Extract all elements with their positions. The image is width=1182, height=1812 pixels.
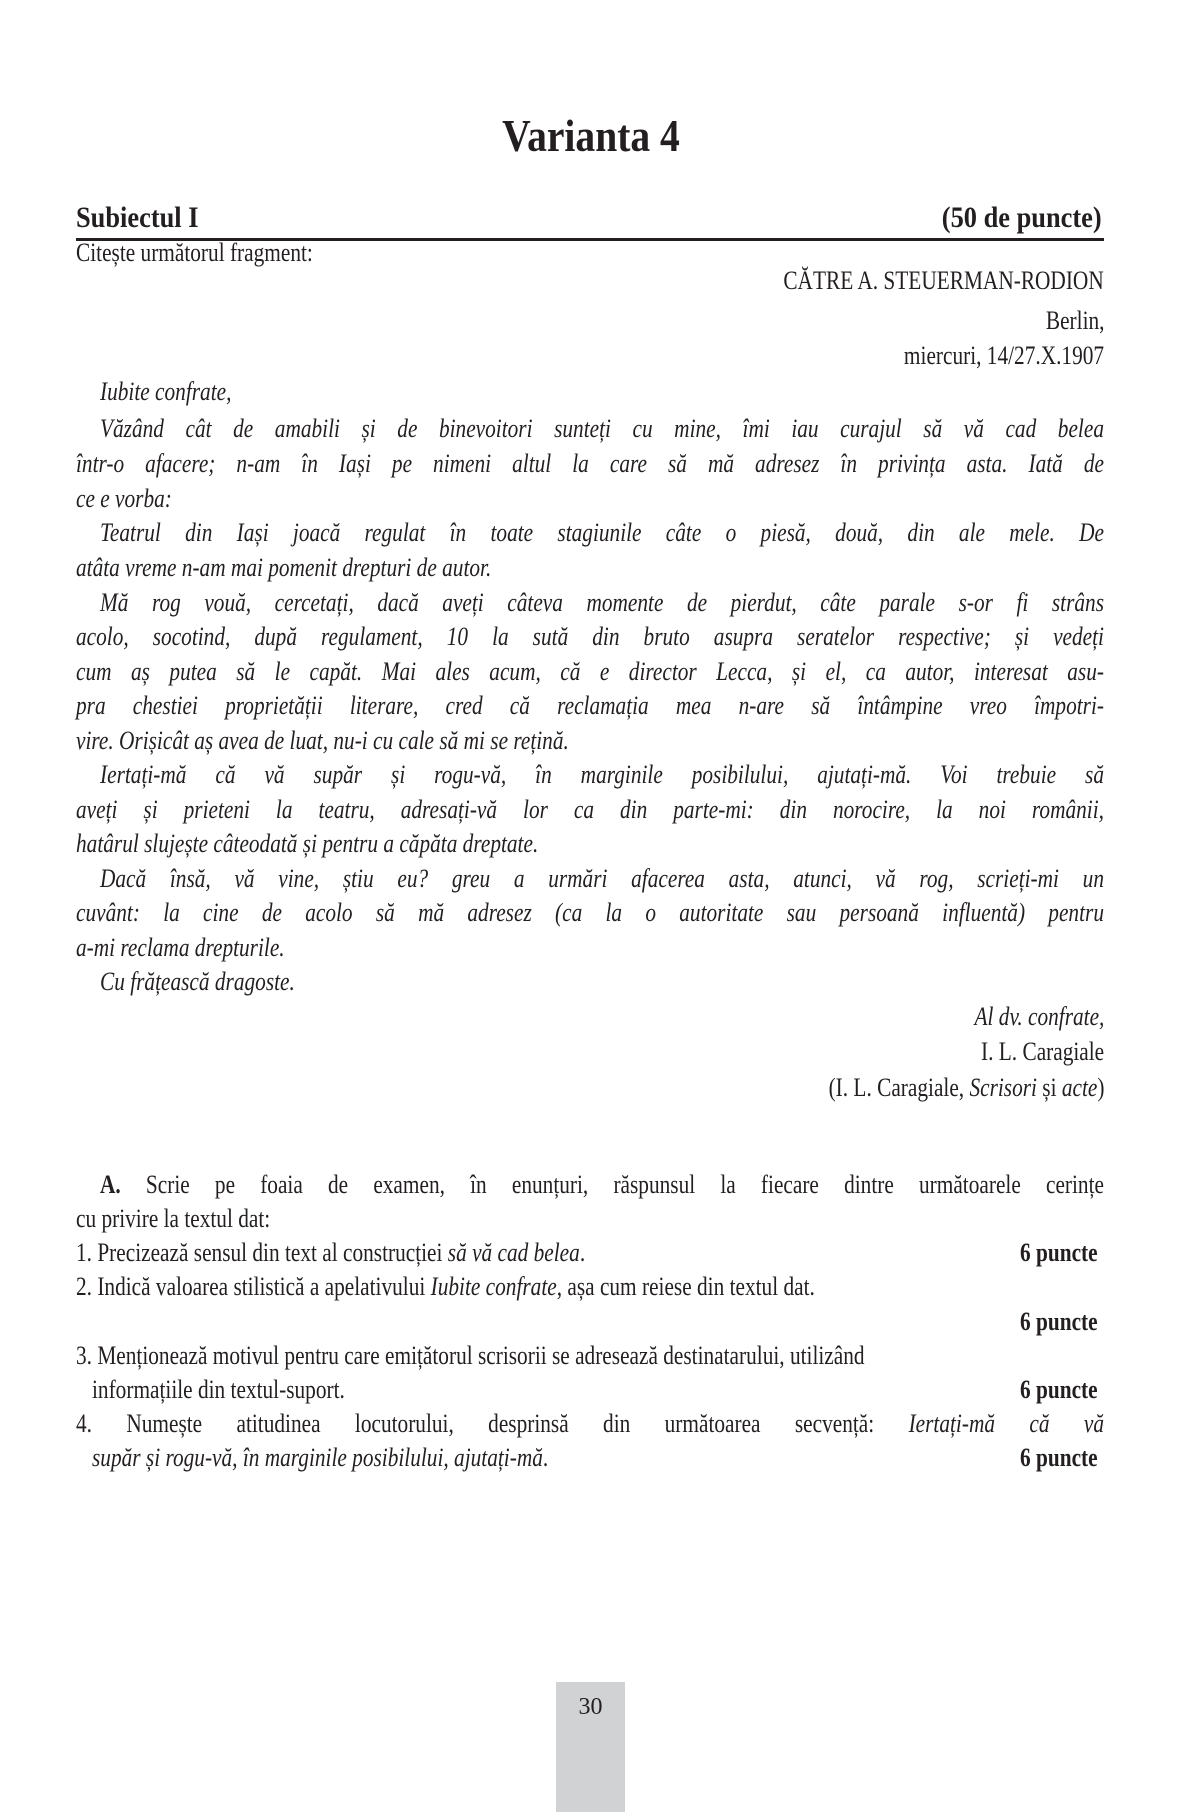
letter-line: Iertați-mă că vă supăr și rogu-vă, în ma… [100,756,1104,794]
task-item-4-cont: supăr și rogu-vă, în marginile posibilul… [92,1439,1104,1477]
subject-label: Subiectul I [76,198,199,238]
letter-source: (I. L. Caragiale, Scrisori și acte) [76,1069,1104,1107]
letter-addressee: CĂTRE A. STEUERMAN-RODION [76,262,1104,300]
letter-line: Dacă însă, vă vine, știu eu? greu a urmă… [100,860,1104,898]
task-item-4: 4. Numește atitudinea locutorului, despr… [76,1405,1104,1443]
task-instruction-cont: cu privire la textul dat: [76,1200,1104,1238]
task-points: 6 puncte [1003,1303,1098,1341]
letter-line: Teatrul din Iași joacă regulat în toate … [100,514,1104,552]
exam-page: Varianta 4 Subiectul I (50 de puncte) Ci… [0,0,1182,1812]
letter-line: hatârul slujește câteodată și pentru a c… [76,825,1104,863]
task-points: 6 puncte [1003,1234,1098,1272]
page-title: Varianta 4 [83,108,1100,164]
letter-date: miercuri, 14/27.X.1907 [76,337,1104,375]
letter-line: într-o afacere; n-am în Iași pe nimeni a… [76,445,1104,483]
task-points: 6 puncte [1003,1371,1098,1409]
task-item-2: 2. Indică valoarea stilistică a apelativ… [76,1268,1104,1306]
letter-line: pra chestiei proprietății literare, cred… [76,687,1104,725]
letter-line: cuvânt: la cine de acolo să mă adresez (… [76,894,1104,932]
task-label: A. [100,1170,121,1199]
task-item-3: 3. Menționează motivul pentru care emiță… [76,1337,1104,1375]
letter-signoff: Al dv. confrate, [76,998,1104,1036]
letter-line: atâta vreme n-am mai pomenit drepturi de… [76,549,1104,587]
letter-line: Văzând cât de amabili și de binevoitori … [100,410,1104,448]
page-number: 30 [556,1692,625,1722]
letter-line: Mă rog vouă, cercetați, dacă aveți câtev… [100,584,1104,622]
page-number-tab: 30 [556,1682,625,1812]
letter-line: aveți și prieteni la teatru, adresați-vă… [76,791,1104,829]
letter-line: a-mi reclama drepturile. [76,929,1104,967]
letter-signature: I. L. Caragiale [76,1033,1104,1071]
task-item-3-cont: informațiile din textul-suport. 6 puncte [92,1371,1104,1409]
letter-line: vire. Orișicât aș avea de luat, nu-i cu … [76,722,1104,760]
task-item-2-points: 6 puncte [76,1303,1104,1341]
letter-salutation: Iubite confrate, [100,373,1128,411]
source-title-acte: acte [1061,1073,1097,1102]
letter-line: cum aș putea să le capăt. Mai ales acum,… [76,653,1104,691]
letter-line: acolo, socotind, după regulament, 10 la … [76,618,1104,656]
letter-place: Berlin, [76,302,1104,340]
letter-line: ce e vorba: [76,480,1104,518]
subject-points: (50 de puncte) [942,198,1102,238]
task-item-1: 1. Precizează sensul din text al constru… [76,1234,1104,1272]
task-points: 6 puncte [1003,1439,1098,1477]
task-instruction: A. Scrie pe foaia de examen, în enunțuri… [100,1166,1104,1204]
letter-closing: Cu frățească dragoste. [100,963,1128,1001]
source-title-scrisori: Scrisori [969,1073,1037,1102]
